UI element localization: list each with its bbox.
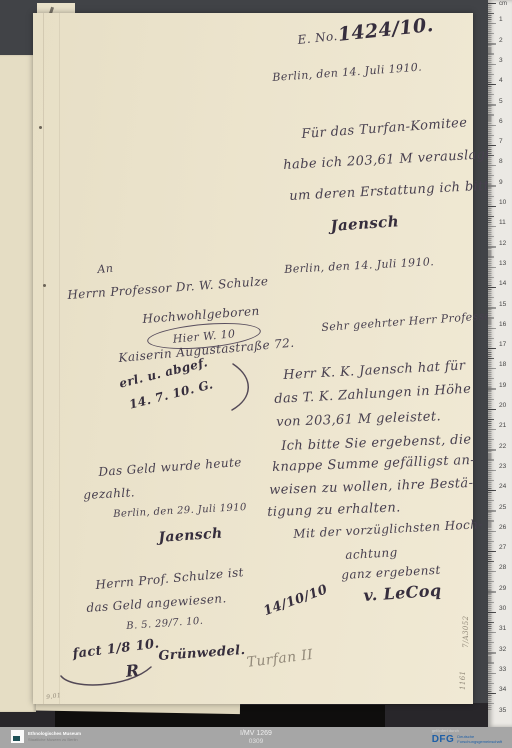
ruler-mark-17: 17 — [499, 341, 506, 348]
note-fact: fact 1/8 10. — [72, 637, 160, 661]
body-line-3: von 203,61 M geleistet. — [276, 410, 441, 429]
dfg-name: Deutsche Forschungsgemeinschaft — [457, 735, 502, 744]
closing-line-2: achtung — [345, 546, 398, 561]
body-line-6: weisen zu wollen, ihre Bestä- — [269, 477, 474, 497]
ruler-mark-25: 25 — [499, 504, 506, 511]
signature-gruenwedel: Grünwedel. — [158, 644, 246, 663]
signature-note: Jaensch — [158, 527, 223, 545]
closing-line-1: Mit der vorzüglichsten Hoch- — [293, 518, 483, 540]
dfg-logo: DFG Deutsche Forschungsgemeinschaft — [432, 734, 502, 745]
scan-viewport: Hier W. 10 E. No.1424/10.Berlin, den 14.… — [0, 0, 512, 748]
ruler-mark-8: 8 — [499, 158, 503, 165]
body-line-4: Ich bitte Sie ergebenst, die — [281, 433, 472, 453]
ruler-mark-30: 30 — [499, 605, 506, 612]
request-line-2: habe ich 203,61 M verauslagt, — [283, 148, 496, 172]
ruler-mark-33: 33 — [499, 666, 506, 673]
edge-mark-1: 7/A3052 — [463, 616, 470, 648]
edge-mark-2: 1161 — [460, 671, 467, 690]
entry-number: 1424/10. — [337, 16, 435, 45]
ruler-mark-7: 7 — [499, 138, 503, 145]
dfg-name-line2: Forschungsgemeinschaft — [457, 739, 502, 744]
closing-line-3: ganz ergebenst — [341, 564, 441, 581]
handwriting-layer: Hier W. 10 E. No.1424/10.Berlin, den 14.… — [0, 0, 512, 748]
note-transfer-1: Herrn Prof. Schulze ist — [95, 566, 244, 591]
signature-request: Jaensch — [330, 214, 399, 234]
body-line-2: das T. K. Zahlungen in Höhe — [274, 383, 472, 406]
received-date: 14/10/10 — [262, 583, 329, 618]
address-name: Herrn Professor Dr. W. Schulze — [67, 275, 269, 301]
body-line-1: Herr K. K. Jaensch hat für — [283, 359, 466, 382]
flourish-curve-icon — [230, 362, 256, 412]
body-line-7: tigung zu erhalten. — [267, 501, 401, 519]
ruler-mark-35: 35 — [499, 707, 506, 714]
ruler-mark-24: 24 — [499, 483, 506, 490]
ruler-mark-21: 21 — [499, 422, 506, 429]
date-top: Berlin, den 14. Juli 1910. — [272, 62, 422, 83]
note-paid-1: Das Geld wurde heute — [98, 456, 242, 478]
request-line-1: Für das Turfan-Komitee — [301, 116, 468, 141]
initial-mark: R — [125, 663, 140, 680]
date-mid: Berlin, den 14. Juli 1910. — [284, 256, 434, 275]
ruler-mark-31: 31 — [499, 625, 506, 632]
ruler-unit-label: cm — [499, 1, 507, 7]
note-paid-date: Berlin, den 29. Juli 1910 — [113, 503, 247, 520]
ruler-mark-23: 23 — [499, 463, 506, 470]
ruler-mark-9: 9 — [499, 179, 503, 186]
ruler-mark-18: 18 — [499, 361, 506, 368]
ruler-mark-14: 14 — [499, 280, 506, 287]
ruler-mark-10: 10 — [499, 199, 506, 206]
ruler-mark-16: 16 — [499, 321, 506, 328]
address-an: An — [97, 263, 114, 275]
ruler-mark-5: 5 — [499, 98, 503, 105]
ruler-mark-26: 26 — [499, 524, 506, 531]
ruler-mark-22: 22 — [499, 443, 506, 450]
pencil-turfan: Turfan II — [246, 648, 314, 670]
ruler-mark-29: 29 — [499, 585, 506, 592]
ruler-mark-1: 1 — [499, 16, 503, 23]
note-transfer-2: das Geld angewiesen. — [86, 592, 227, 614]
ruler: cm 1234567891011121314151617181920212223… — [488, 0, 512, 727]
ruler-mark-15: 15 — [499, 301, 506, 308]
ruler-mark-34: 34 — [499, 686, 506, 693]
request-line-3: um deren Erstattung ich bitte. — [289, 179, 502, 203]
ruler-mark-27: 27 — [499, 544, 506, 551]
body-line-5: knappe Summe gefälligst an- — [272, 454, 475, 474]
ruler-mark-28: 28 — [499, 564, 506, 571]
ruler-mark-6: 6 — [499, 118, 503, 125]
signature-lecoq: v. LeCoq — [363, 583, 442, 604]
funder-prefix: gefördert durch — [432, 729, 502, 733]
ruler-mark-12: 12 — [499, 240, 506, 247]
address-honorific: Hochwohlgeboren — [142, 305, 260, 325]
ruler-mark-4: 4 — [499, 77, 503, 84]
ruler-mark-32: 32 — [499, 646, 506, 653]
pencil-small: 9,01 — [46, 693, 62, 701]
ruler-mark-2: 2 — [499, 37, 503, 44]
note-paid-2: gezahlt. — [83, 486, 135, 501]
salutation: Sehr geehrter Herr Professor! — [321, 309, 502, 333]
entry-prefix: E. No. — [297, 30, 338, 46]
ruler-mark-11: 11 — [499, 219, 506, 226]
ruler-mark-3: 3 — [499, 57, 503, 64]
ruler-mark-19: 19 — [499, 382, 506, 389]
funder-block: gefördert durch DFG Deutsche Forschungsg… — [432, 729, 502, 745]
ruler-mark-13: 13 — [499, 260, 506, 267]
dfg-abbr: DFG — [432, 734, 455, 745]
viewer-footer: Ethnologisches Museum Staatliche Museen … — [0, 727, 512, 748]
note-transfer-date: B. 5. 29/7. 10. — [126, 617, 204, 632]
ruler-mark-20: 20 — [499, 402, 506, 409]
